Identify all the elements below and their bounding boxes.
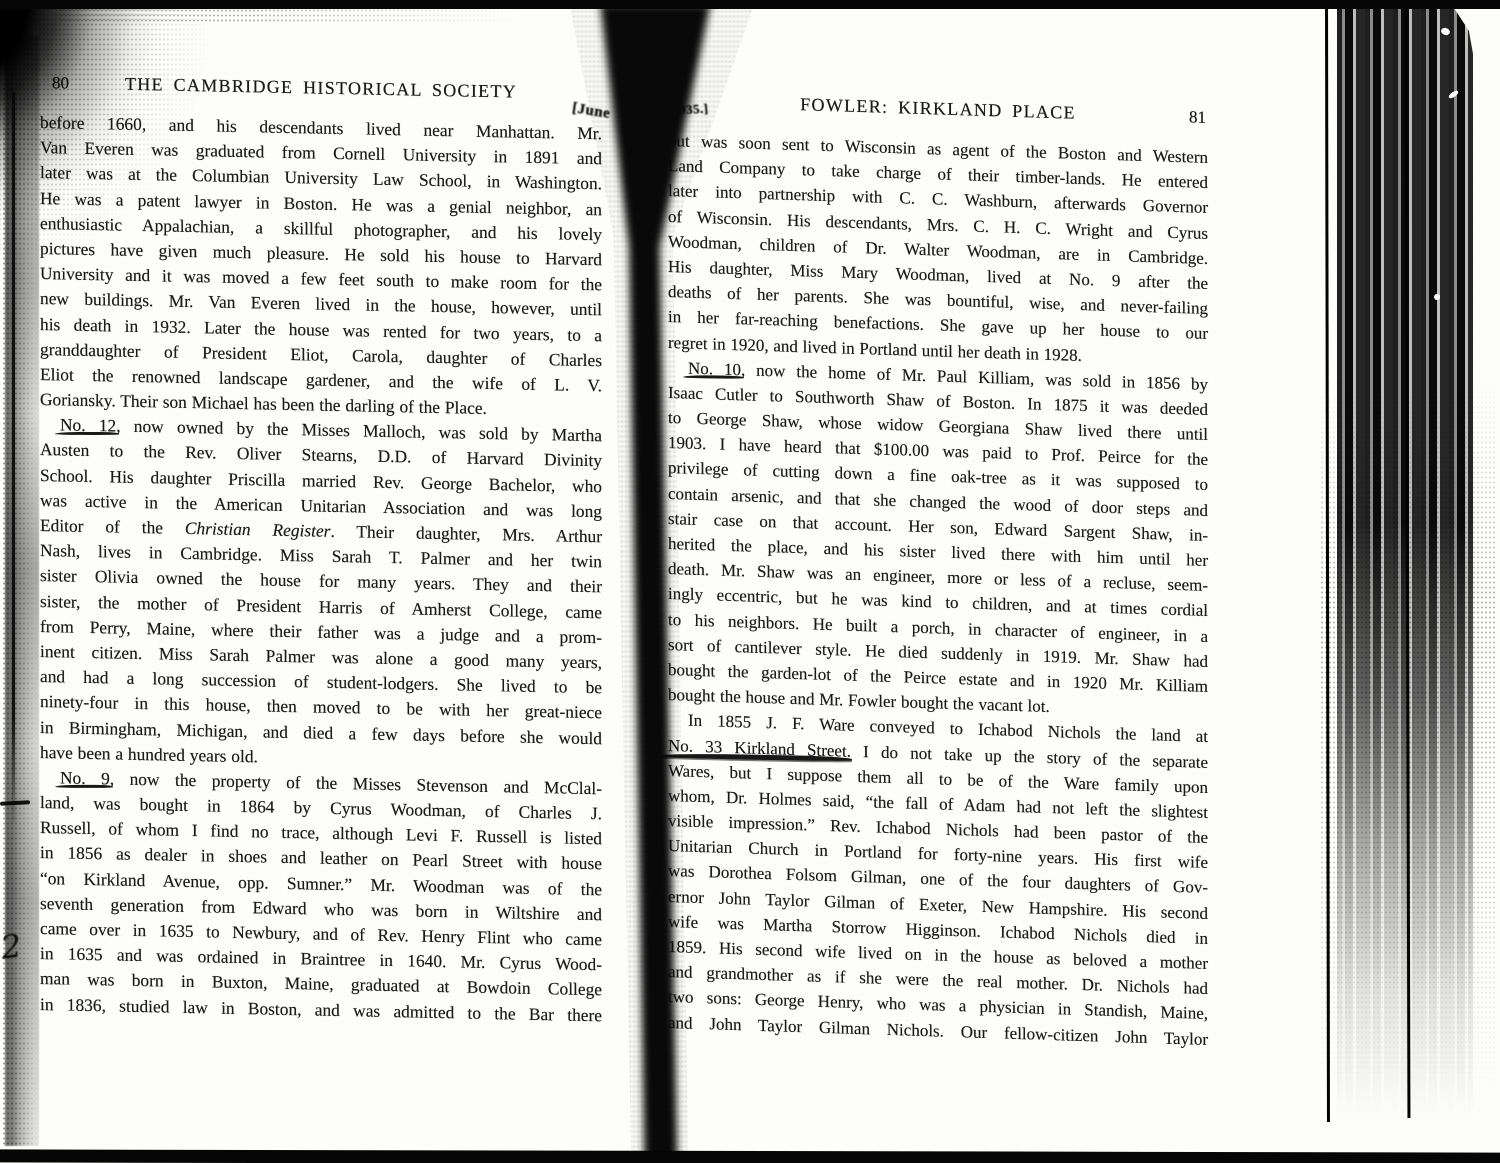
page-number-right: 81 xyxy=(1189,107,1206,128)
text-segment: have been a hundred years old. xyxy=(40,742,258,766)
book-scan: 80 THE CAMBRIDGE HISTORICAL SOCIETY [Jun… xyxy=(0,0,1500,1163)
scan-artifact-left-strip-grain xyxy=(2,36,42,1146)
scan-artifact-left-edge-line xyxy=(12,92,15,827)
scan-artifact-bottom-bar xyxy=(0,1149,1500,1163)
underlined-house-number: No. 9 xyxy=(60,767,110,788)
scan-artifact-white-speck xyxy=(1434,294,1440,300)
scan-artifact-top-fringe xyxy=(60,8,540,23)
scan-artifact-top-bar xyxy=(0,0,1500,9)
text-segment: Editor of the xyxy=(40,515,185,538)
italic-publication-title: Christian Register xyxy=(185,518,331,541)
